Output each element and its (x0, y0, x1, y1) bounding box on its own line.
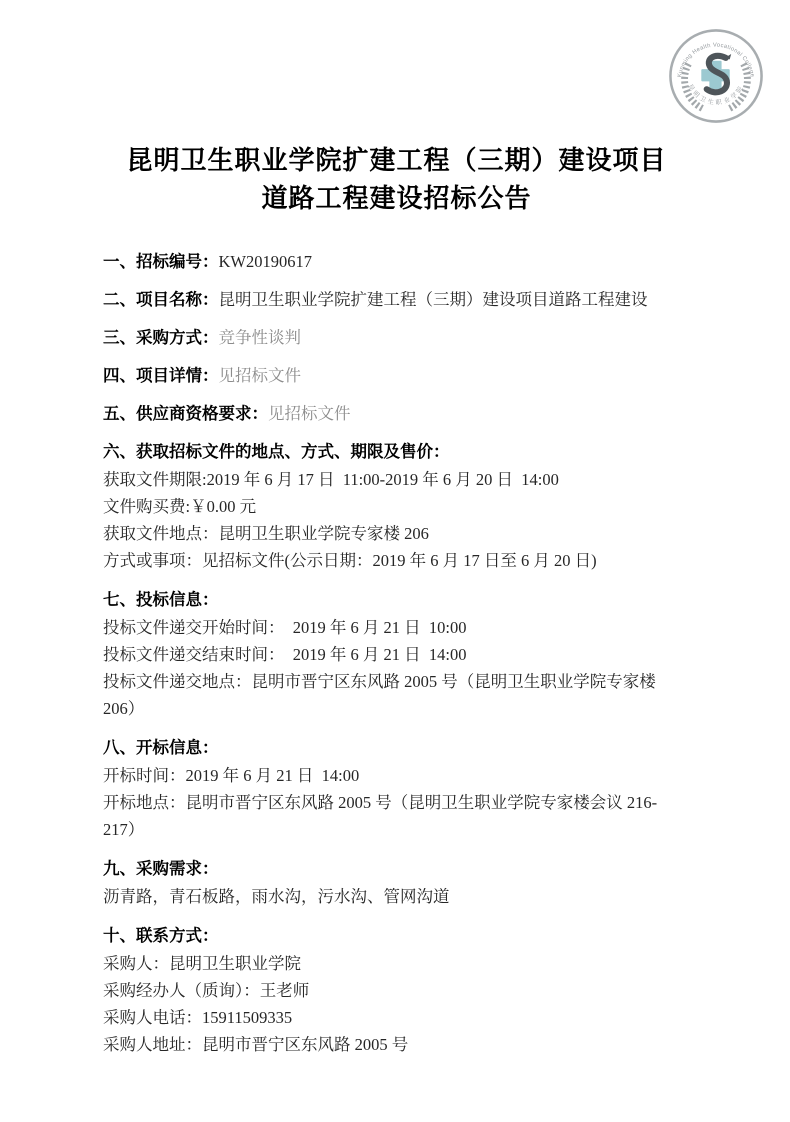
body-line: 方式或事项：见招标文件(公示日期：2019 年 6 月 17 日至 6 月 20… (103, 547, 690, 574)
section-heading: 五、供应商资格要求：见招标文件 (103, 402, 690, 426)
announcement-body: 昆明卫生职业学院扩建工程（三期）建设项目 道路工程建设招标公告 一、招标编号：K… (0, 0, 790, 1072)
section-lines: 沥青路，青石板路，雨水沟，污水沟、管网沟道 (103, 883, 690, 910)
section-label: 七、投标信息： (103, 591, 219, 609)
body-line: 开标时间：2019 年 6 月 21 日 14:00 (103, 762, 690, 789)
section: 三、采购方式：竞争性谈判 (103, 326, 690, 350)
body-line: 沥青路，青石板路，雨水沟，污水沟、管网沟道 (103, 883, 690, 910)
section: 一、招标编号：KW20190617 (103, 250, 690, 274)
body-line: 获取文件地点：昆明卫生职业学院专家楼 206 (103, 520, 690, 547)
body-line: 获取文件期限:2019 年 6 月 17 日 11:00-2019 年 6 月 … (103, 466, 690, 493)
section-lines: 获取文件期限:2019 年 6 月 17 日 11:00-2019 年 6 月 … (103, 466, 690, 574)
body-line: 采购人地址：昆明市晋宁区东风路 2005 号 (103, 1031, 690, 1058)
section-heading: 三、采购方式：竞争性谈判 (103, 326, 690, 350)
section-value: 昆明卫生职业学院扩建工程（三期）建设项目道路工程建设 (219, 290, 648, 309)
section-label: 一、招标编号： (103, 253, 219, 271)
section-label: 五、供应商资格要求： (103, 405, 268, 423)
section-value: 见招标文件 (219, 366, 302, 385)
section-heading: 九、采购需求： (103, 857, 690, 881)
page-title: 昆明卫生职业学院扩建工程（三期）建设项目 道路工程建设招标公告 (103, 141, 690, 217)
section: 八、开标信息： 开标时间：2019 年 6 月 21 日 14:00开标地点：昆… (103, 736, 690, 843)
section: 九、采购需求： 沥青路，青石板路，雨水沟，污水沟、管网沟道 (103, 857, 690, 910)
section: 五、供应商资格要求：见招标文件 (103, 402, 690, 426)
section-heading: 十、联系方式： (103, 924, 690, 948)
section-value: KW20190617 (219, 252, 313, 271)
page-title-line1: 昆明卫生职业学院扩建工程（三期）建设项目 (103, 141, 690, 179)
body-line: 投标文件递交结束时间： 2019 年 6 月 21 日 14:00 (103, 641, 690, 668)
section-heading: 七、投标信息： (103, 588, 690, 612)
body-line: 采购人：昆明卫生职业学院 (103, 950, 690, 977)
section-heading: 一、招标编号：KW20190617 (103, 250, 690, 274)
body-line: 采购人电话：15911509335 (103, 1004, 690, 1031)
sections: 一、招标编号：KW20190617 二、项目名称：昆明卫生职业学院扩建工程（三期… (103, 250, 690, 1058)
section-lines: 投标文件递交开始时间： 2019 年 6 月 21 日 10:00投标文件递交结… (103, 614, 690, 722)
section-value: 竞争性谈判 (219, 328, 302, 347)
section: 六、获取招标文件的地点、方式、期限及售价： 获取文件期限:2019 年 6 月 … (103, 440, 690, 574)
section-heading: 四、项目详情：见招标文件 (103, 364, 690, 388)
section-label: 四、项目详情： (103, 367, 219, 385)
section: 二、项目名称：昆明卫生职业学院扩建工程（三期）建设项目道路工程建设 (103, 288, 690, 312)
section-heading: 八、开标信息： (103, 736, 690, 760)
body-line: 投标文件递交地点：昆明市晋宁区东风路 2005 号（昆明卫生职业学院专家楼 20… (103, 668, 690, 722)
section-lines: 开标时间：2019 年 6 月 21 日 14:00开标地点：昆明市晋宁区东风路… (103, 762, 690, 843)
section-label: 二、项目名称： (103, 291, 219, 309)
section-heading: 二、项目名称：昆明卫生职业学院扩建工程（三期）建设项目道路工程建设 (103, 288, 690, 312)
body-line: 投标文件递交开始时间： 2019 年 6 月 21 日 10:00 (103, 614, 690, 641)
section-label: 八、开标信息： (103, 739, 219, 757)
body-line: 采购经办人（质询）：王老师 (103, 977, 690, 1004)
section-lines: 采购人：昆明卫生职业学院采购经办人（质询）：王老师采购人电话：159115093… (103, 950, 690, 1058)
section-label: 六、获取招标文件的地点、方式、期限及售价： (103, 443, 450, 461)
section-value: 见招标文件 (268, 404, 351, 423)
document-page: { "logo": { "top_text": "Kunming Health … (0, 0, 790, 1122)
section-label: 十、联系方式： (103, 927, 219, 945)
section: 七、投标信息： 投标文件递交开始时间： 2019 年 6 月 21 日 10:0… (103, 588, 690, 722)
section-label: 九、采购需求： (103, 860, 219, 878)
section: 十、联系方式： 采购人：昆明卫生职业学院采购经办人（质询）：王老师采购人电话：1… (103, 924, 690, 1058)
body-line: 开标地点：昆明市晋宁区东风路 2005 号（昆明卫生职业学院专家楼会议 216-… (103, 789, 690, 843)
body-line: 文件购买费:￥0.00 元 (103, 493, 690, 520)
section: 四、项目详情：见招标文件 (103, 364, 690, 388)
page-title-line2: 道路工程建设招标公告 (103, 179, 690, 217)
section-heading: 六、获取招标文件的地点、方式、期限及售价： (103, 440, 690, 464)
section-label: 三、采购方式： (103, 329, 219, 347)
